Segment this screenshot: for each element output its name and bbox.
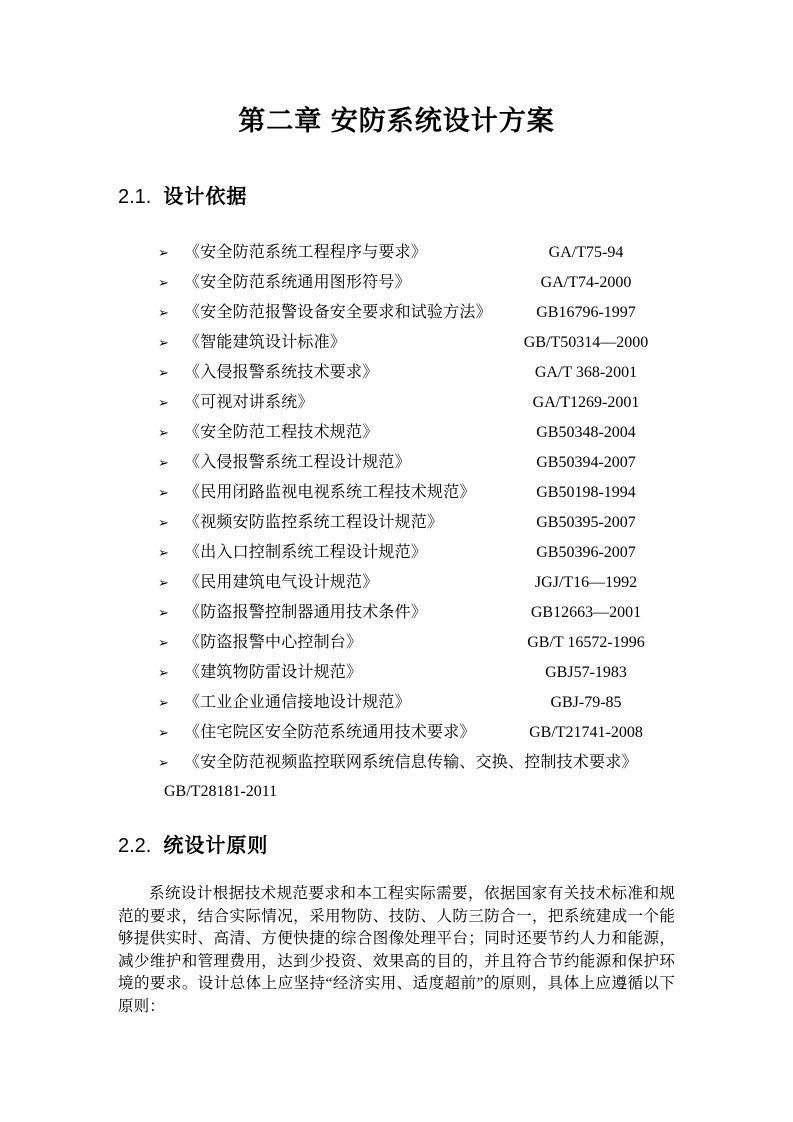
arrow-bullet-icon: ➢ — [158, 275, 184, 293]
reference-standard-code: GB12663—2001 — [497, 604, 675, 622]
reference-standard-code: GB/T28181-2011 — [158, 783, 681, 801]
reference-standard-code: GBJ57-1983 — [497, 664, 675, 682]
reference-standard-code: GB50198-1994 — [497, 484, 675, 502]
arrow-bullet-icon: ➢ — [158, 455, 184, 473]
reference-standard-name: 《工业企业通信接地设计规范》 — [184, 694, 411, 712]
reference-standard-code: GB50396-2007 — [497, 544, 675, 562]
document-page: 第二章 安防系统设计方案 2.1. 设计依据 ➢ 《安全防范系统工程程序与要求》… — [0, 0, 793, 1122]
arrow-bullet-icon: ➢ — [158, 635, 184, 653]
reference-list-item: ➢ 《工业企业通信接地设计规范》 GBJ-79-85 — [158, 694, 675, 713]
reference-list-item: ➢ 《安全防范工程技术规范》 GB50348-2004 — [158, 424, 675, 443]
reference-standard-code: GA/T74-2000 — [497, 274, 675, 292]
reference-list-item: ➢ 《防盗报警控制器通用技术条件》 GB12663—2001 — [158, 604, 675, 623]
reference-list-item: ➢ 《智能建筑设计标准》 GB/T50314—2000 — [158, 334, 675, 353]
reference-list-item: ➢ 《民用闭路监视电视系统工程技术规范》 GB50198-1994 — [158, 484, 675, 503]
reference-standard-code: GB/T 16572-1996 — [497, 634, 675, 652]
arrow-bullet-icon: ➢ — [158, 665, 184, 683]
arrow-bullet-icon: ➢ — [158, 755, 184, 773]
arrow-bullet-icon: ➢ — [158, 485, 184, 503]
arrow-bullet-icon: ➢ — [158, 695, 184, 713]
reference-standard-name: 《可视对讲系统》 — [184, 394, 314, 412]
reference-standard-code: GA/T1269-2001 — [497, 394, 675, 412]
reference-standard-name: 《入侵报警系统工程设计规范》 — [184, 454, 411, 472]
reference-standard-name: 《安全防范系统通用图形符号》 — [184, 274, 411, 292]
arrow-bullet-icon: ➢ — [158, 725, 184, 743]
reference-list-item: ➢ 《安全防范系统通用图形符号》 GA/T74-2000 — [158, 274, 675, 293]
arrow-bullet-icon: ➢ — [158, 395, 184, 413]
arrow-bullet-icon: ➢ — [158, 575, 184, 593]
reference-standard-name: 《智能建筑设计标准》 — [184, 334, 346, 352]
reference-standard-code: JGJ/T16—1992 — [497, 574, 675, 592]
arrow-bullet-icon: ➢ — [158, 335, 184, 353]
reference-list-item: ➢ 《建筑物防雷设计规范》 GBJ57-1983 — [158, 664, 675, 683]
design-principles-paragraph: 系统设计根据技术规范要求和本工程实际需要，依据国家有关技术标准和规范的要求，结合… — [118, 883, 675, 1018]
reference-standard-name: 《民用闭路监视电视系统工程技术规范》 — [184, 484, 476, 502]
reference-standard-name: 《安全防范报警设备安全要求和试验方法》 — [184, 304, 492, 322]
reference-list-item: ➢ 《入侵报警系统工程设计规范》 GB50394-2007 — [158, 454, 675, 473]
reference-standard-name: 《安全防范工程技术规范》 — [184, 424, 378, 442]
reference-standard-code: GA/T75-94 — [497, 244, 675, 262]
reference-standard-code: GBJ-79-85 — [497, 694, 675, 712]
reference-list-item: ➢ 《防盗报警中心控制台》 GB/T 16572-1996 — [158, 634, 675, 653]
reference-standard-code: GB50395-2007 — [497, 514, 675, 532]
reference-list-item: ➢ 《安全防范报警设备安全要求和试验方法》 GB16796-1997 — [158, 304, 675, 323]
reference-standard-code: GB16796-1997 — [497, 304, 675, 322]
arrow-bullet-icon: ➢ — [158, 245, 184, 263]
reference-standard-name: 《建筑物防雷设计规范》 — [184, 664, 362, 682]
arrow-bullet-icon: ➢ — [158, 425, 184, 443]
arrow-bullet-icon: ➢ — [158, 515, 184, 533]
reference-standard-name: 《安全防范视频监控联网系统信息传输、交换、控制技术要求》 — [184, 754, 675, 772]
reference-standard-name: 《安全防范系统工程程序与要求》 — [184, 244, 427, 262]
reference-standard-code: GB50348-2004 — [497, 424, 675, 442]
reference-standard-code: GB50394-2007 — [497, 454, 675, 472]
reference-standard-name: 《住宅院区安全防范系统通用技术要求》 — [184, 724, 476, 742]
reference-standard-name: 《出入口控制系统工程设计规范》 — [184, 544, 427, 562]
section-number: 2.2. — [118, 833, 151, 859]
section-heading-2-1: 2.1. 设计依据 — [118, 184, 675, 210]
reference-list-item: ➢ 《安全防范视频监控联网系统信息传输、交换、控制技术要求》 GB/T28181… — [158, 754, 675, 801]
reference-standard-name: 《民用建筑电气设计规范》 — [184, 574, 378, 592]
section-title: 统设计原则 — [163, 833, 268, 859]
reference-list-item: ➢ 《安全防范系统工程程序与要求》 GA/T75-94 — [158, 244, 675, 263]
reference-standard-code: GA/T 368-2001 — [497, 364, 675, 382]
reference-standard-code: GB/T50314—2000 — [497, 334, 675, 352]
reference-list-item: ➢ 《可视对讲系统》 GA/T1269-2001 — [158, 394, 675, 413]
design-basis-list: ➢ 《安全防范系统工程程序与要求》 GA/T75-94 ➢ 《安全防范系统通用图… — [158, 244, 675, 801]
reference-standard-code: GB/T21741-2008 — [497, 724, 675, 742]
reference-list-item: ➢ 《入侵报警系统技术要求》 GA/T 368-2001 — [158, 364, 675, 383]
section-heading-2-2: 2.2. 统设计原则 — [118, 833, 675, 859]
reference-list-item: ➢ 《民用建筑电气设计规范》 JGJ/T16—1992 — [158, 574, 675, 593]
page-content: 第二章 安防系统设计方案 2.1. 设计依据 ➢ 《安全防范系统工程程序与要求》… — [0, 102, 793, 1018]
arrow-bullet-icon: ➢ — [158, 605, 184, 623]
reference-standard-name: 《防盗报警中心控制台》 — [184, 634, 362, 652]
arrow-bullet-icon: ➢ — [158, 365, 184, 383]
arrow-bullet-icon: ➢ — [158, 545, 184, 563]
section-number: 2.1. — [118, 184, 151, 210]
section-title: 设计依据 — [163, 184, 247, 210]
reference-standard-name: 《视频安防监控系统工程设计规范》 — [184, 514, 443, 532]
reference-list-item: ➢ 《视频安防监控系统工程设计规范》 GB50395-2007 — [158, 514, 675, 533]
arrow-bullet-icon: ➢ — [158, 305, 184, 323]
reference-list-item: ➢ 《出入口控制系统工程设计规范》 GB50396-2007 — [158, 544, 675, 563]
reference-standard-name: 《入侵报警系统技术要求》 — [184, 364, 378, 382]
chapter-title: 第二章 安防系统设计方案 — [118, 102, 675, 140]
reference-list-item: ➢ 《住宅院区安全防范系统通用技术要求》 GB/T21741-2008 — [158, 724, 675, 743]
reference-standard-name: 《防盗报警控制器通用技术条件》 — [184, 604, 427, 622]
